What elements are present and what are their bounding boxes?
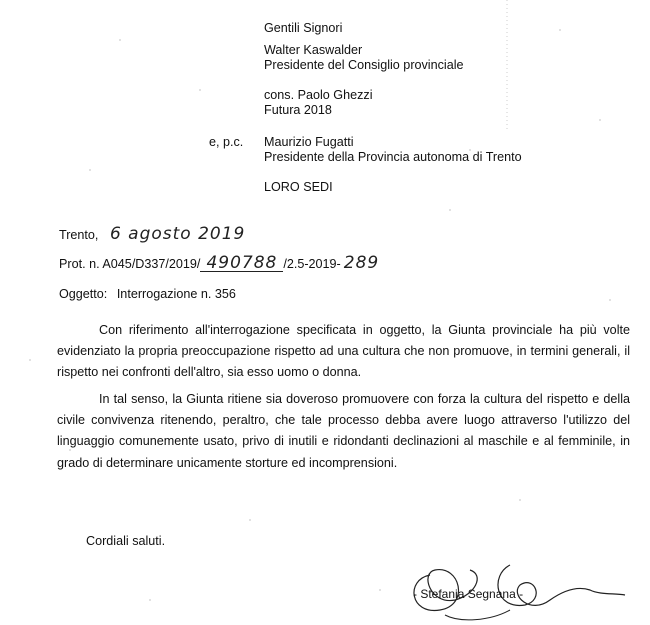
date-handwritten: 6 agosto 2019 bbox=[110, 224, 245, 244]
closing: Cordiali saluti. bbox=[86, 534, 165, 549]
protocol-middle: /2.5-2019- bbox=[283, 257, 340, 271]
recipient-name: cons. Paolo Ghezzi bbox=[264, 88, 373, 103]
signatory-name: - Stefania Segnana - bbox=[413, 587, 523, 602]
protocol-number-handwritten: 490788 bbox=[200, 256, 283, 272]
body-paragraph: In tal senso, la Giunta ritiene sia dove… bbox=[57, 389, 630, 474]
cc-label: e, p.c. bbox=[209, 135, 243, 150]
body-paragraph: Con riferimento all'interrogazione speci… bbox=[57, 320, 630, 384]
recipient-name: Walter Kaswalder bbox=[264, 43, 362, 58]
greeting: Gentili Signori bbox=[264, 21, 342, 36]
protocol-line: Prot. n. A045/D337/2019/490788/2.5-2019-… bbox=[59, 256, 379, 272]
protocol-suffix-handwritten: 289 bbox=[344, 253, 379, 273]
recipient-role: Presidente del Consiglio provinciale bbox=[264, 58, 464, 73]
date-line: Trento, 6 agosto 2019 bbox=[59, 227, 245, 243]
place-label: Trento, bbox=[59, 228, 98, 242]
letter-page: Gentili Signori Walter Kaswalder Preside… bbox=[0, 0, 650, 625]
cc-role: Presidente della Provincia autonoma di T… bbox=[264, 150, 522, 165]
cc-name: Maurizio Fugatti bbox=[264, 135, 354, 150]
protocol-prefix: Prot. n. A045/D337/2019/ bbox=[59, 257, 200, 271]
loro-sedi: LORO SEDI bbox=[264, 180, 333, 195]
subject-line: Oggetto: Interrogazione n. 356 bbox=[59, 287, 236, 302]
subject-value: Interrogazione n. 356 bbox=[117, 287, 236, 301]
subject-label: Oggetto: bbox=[59, 287, 107, 301]
recipient-role: Futura 2018 bbox=[264, 103, 332, 118]
